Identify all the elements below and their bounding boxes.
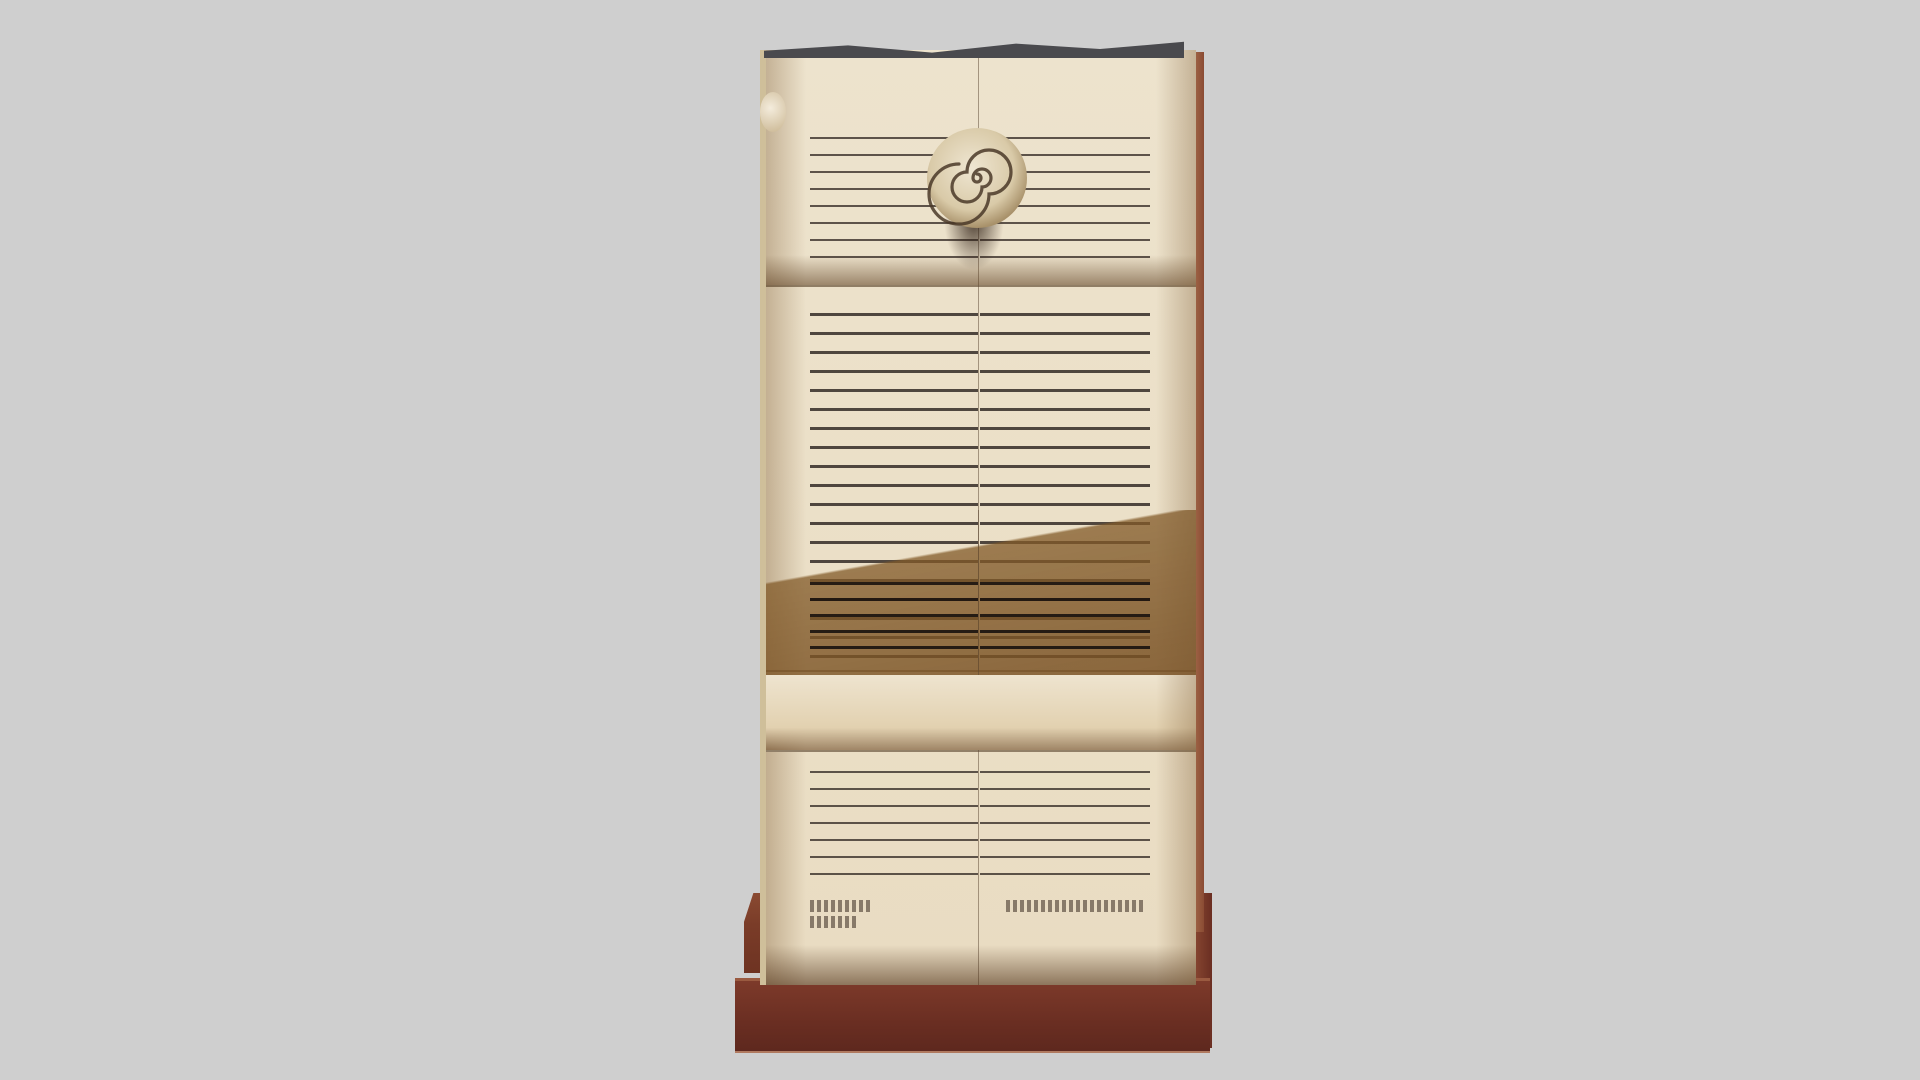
footer-script [810,916,856,928]
burn-mark [766,945,1196,985]
page-bottom [766,750,1196,985]
script-column-left [810,570,978,653]
paper-knot [760,92,786,132]
footer-script [810,900,870,912]
viewport [0,0,1920,1080]
sculpture-top-edge [764,40,1184,58]
script-column-right [980,570,1150,653]
plinth-front-face [735,978,1210,1051]
column-gutter [978,510,979,675]
spiral-shell-icon [924,125,1030,231]
script-column-right [980,758,1150,885]
footer-script [1006,900,1146,912]
page-fold-band [766,675,1196,752]
page-burned-section [766,510,1196,677]
script-column-left [810,758,978,885]
